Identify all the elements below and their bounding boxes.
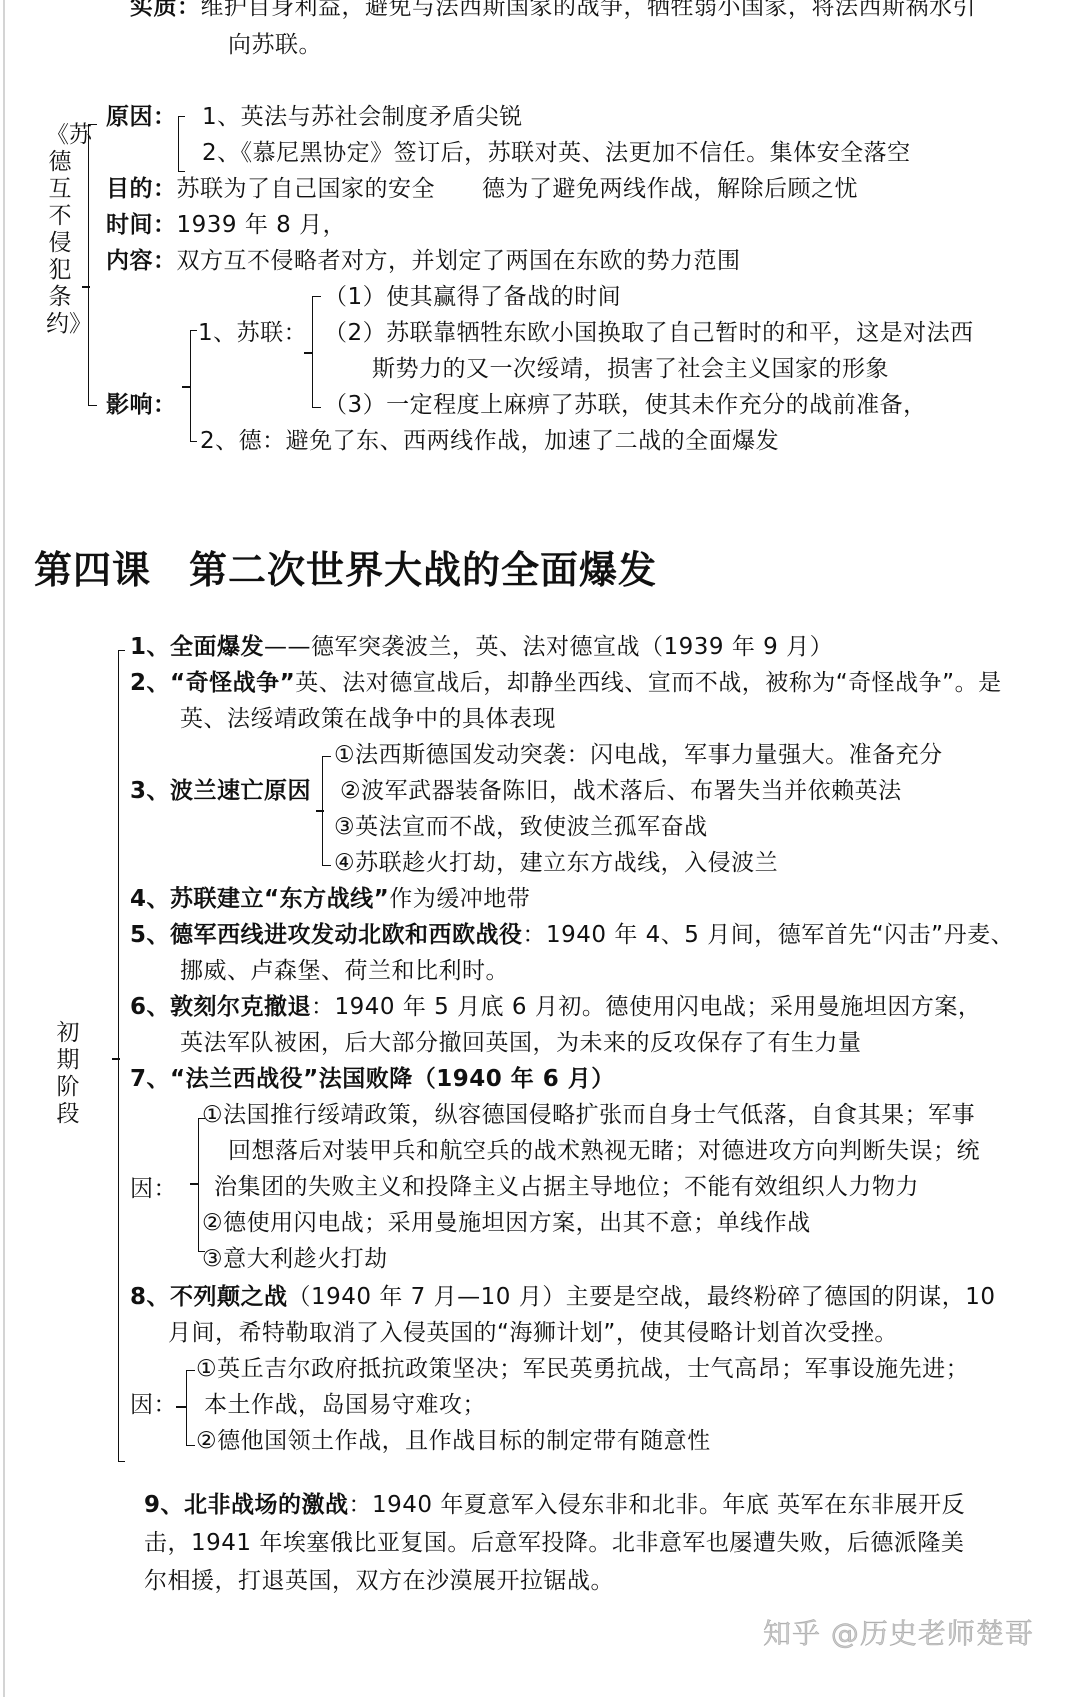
time-label: 时间： bbox=[106, 212, 177, 238]
item-2-title: 2、“奇怪战争” bbox=[130, 670, 295, 696]
item-9-title: 9、北非战场的激战 bbox=[144, 1492, 349, 1518]
impact-ussr-2-cont: 斯势力的又一次绥靖，损害了社会主义国家的形象 bbox=[372, 354, 889, 384]
item-5: 5、德军西线进攻发动北欧和西欧战役：1940 年 4、5 月间，德军首先“闪击”… bbox=[130, 920, 1014, 950]
item-4: 4、苏联建立“东方战线”作为缓冲地带 bbox=[130, 884, 530, 914]
item-8-cont: 月间，希特勒取消了入侵英国的“海狮计划”，使其侵略计划首次受挫。 bbox=[168, 1318, 898, 1348]
item-3-bracket-tick bbox=[316, 810, 324, 812]
item-8-text: （1940 年 7 月—10 月）主要是空战，最终粉碎了德国的阴谋，10 bbox=[288, 1284, 996, 1310]
item-6: 6、敦刻尔克撤退：1940 年 5 月底 6 月初。德使用闪电战；采用曼施坦因方… bbox=[130, 992, 981, 1022]
item-2-cont: 英、法绥靖政策在战争中的具体表现 bbox=[180, 704, 556, 734]
item-2-text: 英、法对德宣战后，却静坐西线、宣而不战，被称为“奇怪战争”。是 bbox=[295, 670, 1001, 696]
impact-ussr-bracket bbox=[312, 296, 321, 408]
item-8-reason-2: ②德他国领土作战，且作战目标的制定带有随意性 bbox=[196, 1426, 711, 1456]
essence-text-cont: 向苏联。 bbox=[228, 30, 322, 60]
item-8-reason-1-cont: 本土作战，岛国易守难攻； bbox=[204, 1390, 486, 1420]
item-4-text: 作为缓冲地带 bbox=[389, 886, 530, 912]
content-line: 内容：双方互不侵略者对方，并划定了两国在东欧的势力范围 bbox=[106, 246, 741, 276]
purpose-label: 目的： bbox=[106, 176, 177, 202]
item-3-reason-1: ①法西斯德国发动突袭：闪电战，军事力量强大。准备充分 bbox=[334, 740, 943, 770]
item-6-text: ：1940 年 5 月底 6 月初。德使用闪电战；采用曼施坦因方案， bbox=[311, 994, 981, 1020]
item-8-bracket bbox=[186, 1370, 195, 1446]
impact-ussr-2: （2）苏联靠牺牲东欧小国换取了自己暂时的和平，这是对法西 bbox=[324, 318, 974, 348]
item-1-text: ——德军突袭波兰，英、法对德宣战（1939 年 9 月） bbox=[264, 634, 833, 660]
impact-germany: 2、德：避免了东、西两线作战，加速了二战的全面爆发 bbox=[200, 426, 779, 456]
pact-title-vertical: 《苏德互不侵犯条约》 bbox=[46, 122, 74, 338]
time-text: 1939 年 8 月， bbox=[177, 212, 347, 238]
essence-line: 实质：维护自身利益，避免与法西斯国家的战争，牺牲弱小国家，将法西斯祸水引 bbox=[130, 0, 976, 22]
cause-bracket bbox=[178, 116, 185, 172]
watermark: 知乎 @历史老师楚哥 bbox=[763, 1612, 1034, 1652]
item-7-reason-2: ②德使用闪电战；采用曼施坦因方案，出其不意；单线作战 bbox=[202, 1208, 811, 1238]
page-edge-line bbox=[3, 0, 5, 1697]
item-8-cause-label: 因： bbox=[130, 1390, 177, 1420]
item-7-reason-3: ③意大利趁火打劫 bbox=[202, 1244, 388, 1274]
impact-label: 影响： bbox=[106, 390, 177, 420]
item-6-cont: 英法军队被困，后大部分撤回英国，为未来的反攻保存了有生力量 bbox=[180, 1028, 862, 1058]
content-label: 内容： bbox=[106, 248, 177, 274]
purpose-text: 苏联为了自己国家的安全 德为了避免两线作战，解除后顾之忧 bbox=[177, 176, 859, 202]
early-stage-bracket-tick bbox=[112, 1058, 120, 1060]
item-6-title: 6、敦刻尔克撤退 bbox=[130, 994, 311, 1020]
item-5-cont: 挪威、卢森堡、荷兰和比利时。 bbox=[180, 956, 509, 986]
item-7-bracket-tick bbox=[190, 1183, 198, 1185]
early-stage-bracket bbox=[118, 650, 125, 1462]
item-7-cause-label: 因： bbox=[130, 1174, 177, 1204]
item-9-cont: 击，1941 年埃塞俄比亚复国。后意军投降。北非意军也屡遭失败，后德派隆美 bbox=[144, 1528, 964, 1558]
lesson-title: 第四课第二次世界大战的全面爆发 bbox=[34, 545, 657, 595]
item-3-reason-2: ②波军武器装备陈旧，战术落后、布署失当并依赖英法 bbox=[340, 776, 902, 806]
content-text: 双方互不侵略者对方，并划定了两国在东欧的势力范围 bbox=[177, 248, 741, 274]
impact-ussr-3: （3）一定程度上麻痹了苏联，使其未作充分的战前准备， bbox=[324, 390, 927, 420]
item-8: 8、不列颠之战（1940 年 7 月—10 月）主要是空战，最终粉碎了德国的阴谋… bbox=[130, 1282, 995, 1312]
item-7-title: 7、“法兰西战役”法国败降（1940 年 6 月） bbox=[130, 1064, 615, 1094]
item-8-title: 8、不列颠之战 bbox=[130, 1284, 288, 1310]
item-7-reason-1: ①法国推行绥靖政策，纵容德国侵略扩张而自身士气低落，自食其果；军事 bbox=[202, 1100, 975, 1130]
cause-label: 原因： bbox=[106, 102, 177, 132]
item-1-title: 1、全面爆发 bbox=[130, 634, 264, 660]
item-3-title: 3、波兰速亡原因 bbox=[130, 776, 311, 806]
item-1: 1、全面爆发——德军突袭波兰，英、法对德宣战（1939 年 9 月） bbox=[130, 632, 833, 662]
item-3-reason-4: ④苏联趁火打劫，建立东方战线，入侵波兰 bbox=[334, 848, 778, 878]
item-5-text: ：1940 年 4、5 月间，德军首先“闪击”丹麦、 bbox=[523, 922, 1015, 948]
lesson-number: 第四课 bbox=[34, 548, 151, 592]
impact-ussr-bracket-tick bbox=[304, 352, 312, 354]
item-8-bracket-tick bbox=[176, 1406, 186, 1408]
lesson-name: 第二次世界大战的全面爆发 bbox=[189, 548, 657, 592]
item-5-title: 5、德军西线进攻发动北欧和西欧战役 bbox=[130, 922, 523, 948]
item-7-reason-1-cont: 回想落后对装甲兵和航空兵的战术熟视无睹；对德进攻方向判断失误；统 bbox=[228, 1136, 980, 1166]
item-9: 9、北非战场的激战：1940 年夏意军入侵东非和北非。年底 英军在东非展开反 bbox=[144, 1490, 965, 1520]
pact-bracket bbox=[88, 124, 97, 406]
purpose-line: 目的：苏联为了自己国家的安全 德为了避免两线作战，解除后顾之忧 bbox=[106, 174, 858, 204]
item-8-reason-1: ①英丘吉尔政府抵抗政策坚决；军民英勇抗战，士气高昂；军事设施先进； bbox=[196, 1354, 969, 1384]
essence-label: 实质： bbox=[130, 0, 201, 20]
item-2: 2、“奇怪战争”英、法对德宣战后，却静坐西线、宣而不战，被称为“奇怪战争”。是 bbox=[130, 668, 1002, 698]
pact-bracket-tick bbox=[82, 286, 90, 288]
impact-ussr-1: （1）使其赢得了备战的时间 bbox=[324, 282, 621, 312]
item-3-reason-3: ③英法宣而不战，致使波兰孤军奋战 bbox=[334, 812, 708, 842]
essence-text: 维护自身利益，避免与法西斯国家的战争，牺牲弱小国家，将法西斯祸水引 bbox=[201, 0, 977, 20]
early-stage-label: 初期阶段 bbox=[54, 1020, 82, 1128]
cause-1: 1、英法与苏社会制度矛盾尖锐 bbox=[202, 102, 523, 132]
item-9-cont2: 尔相援，打退英国，双方在沙漠展开拉锯战。 bbox=[144, 1566, 614, 1596]
impact-bracket bbox=[190, 330, 197, 442]
item-4-title: 4、苏联建立“东方战线” bbox=[130, 886, 389, 912]
cause-2: 2、《慕尼黑协定》签订后，苏联对英、法更加不信任。集体安全落空 bbox=[202, 138, 911, 168]
item-7-reason-1-cont2: 治集团的失败主义和投降主义占据主导地位；不能有效组织人力物力 bbox=[214, 1172, 919, 1202]
impact-bracket-tick bbox=[182, 386, 190, 388]
item-9-text: ：1940 年夏意军入侵东非和北非。年底 英军在东非展开反 bbox=[349, 1492, 966, 1518]
impact-ussr-label: 1、苏联： bbox=[198, 318, 307, 348]
time-line: 时间：1939 年 8 月， bbox=[106, 210, 346, 240]
